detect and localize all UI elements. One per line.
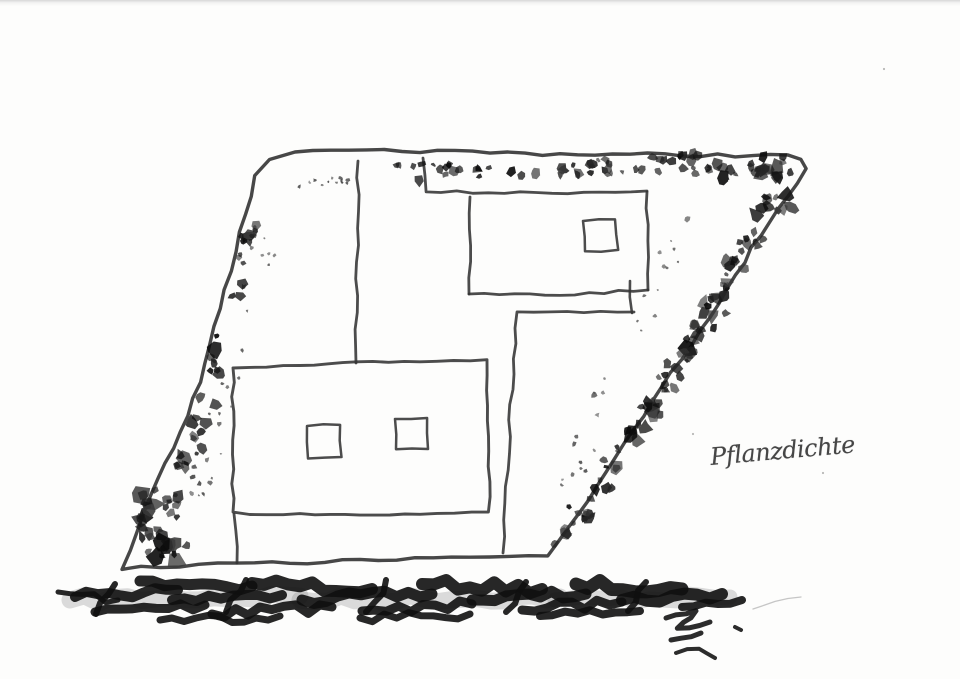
speck-arc-top-left [297,176,350,189]
lower-building-window-right [395,418,428,449]
paper-specks [692,68,885,474]
faint-pencil-arc [753,597,801,609]
lower-building-outline [232,360,490,515]
lower-building-window-left [307,424,342,458]
planting-specks-right-inner [560,216,691,486]
inner-path-line [503,311,634,553]
upper-building-left-edge [469,197,471,294]
lower-left-connector [234,514,237,563]
upper-building-right-edge [646,192,648,290]
upper-building-bottom-edge [469,290,648,295]
planting-dots-right [551,186,800,548]
sketch-canvas [0,0,960,679]
connector-tick [630,281,632,313]
stray-squiggle [666,611,741,658]
inner-divider-line [355,161,359,363]
scanned-sketch-page: Pflanzdichte [0,0,960,679]
upper-building-window [583,219,618,252]
